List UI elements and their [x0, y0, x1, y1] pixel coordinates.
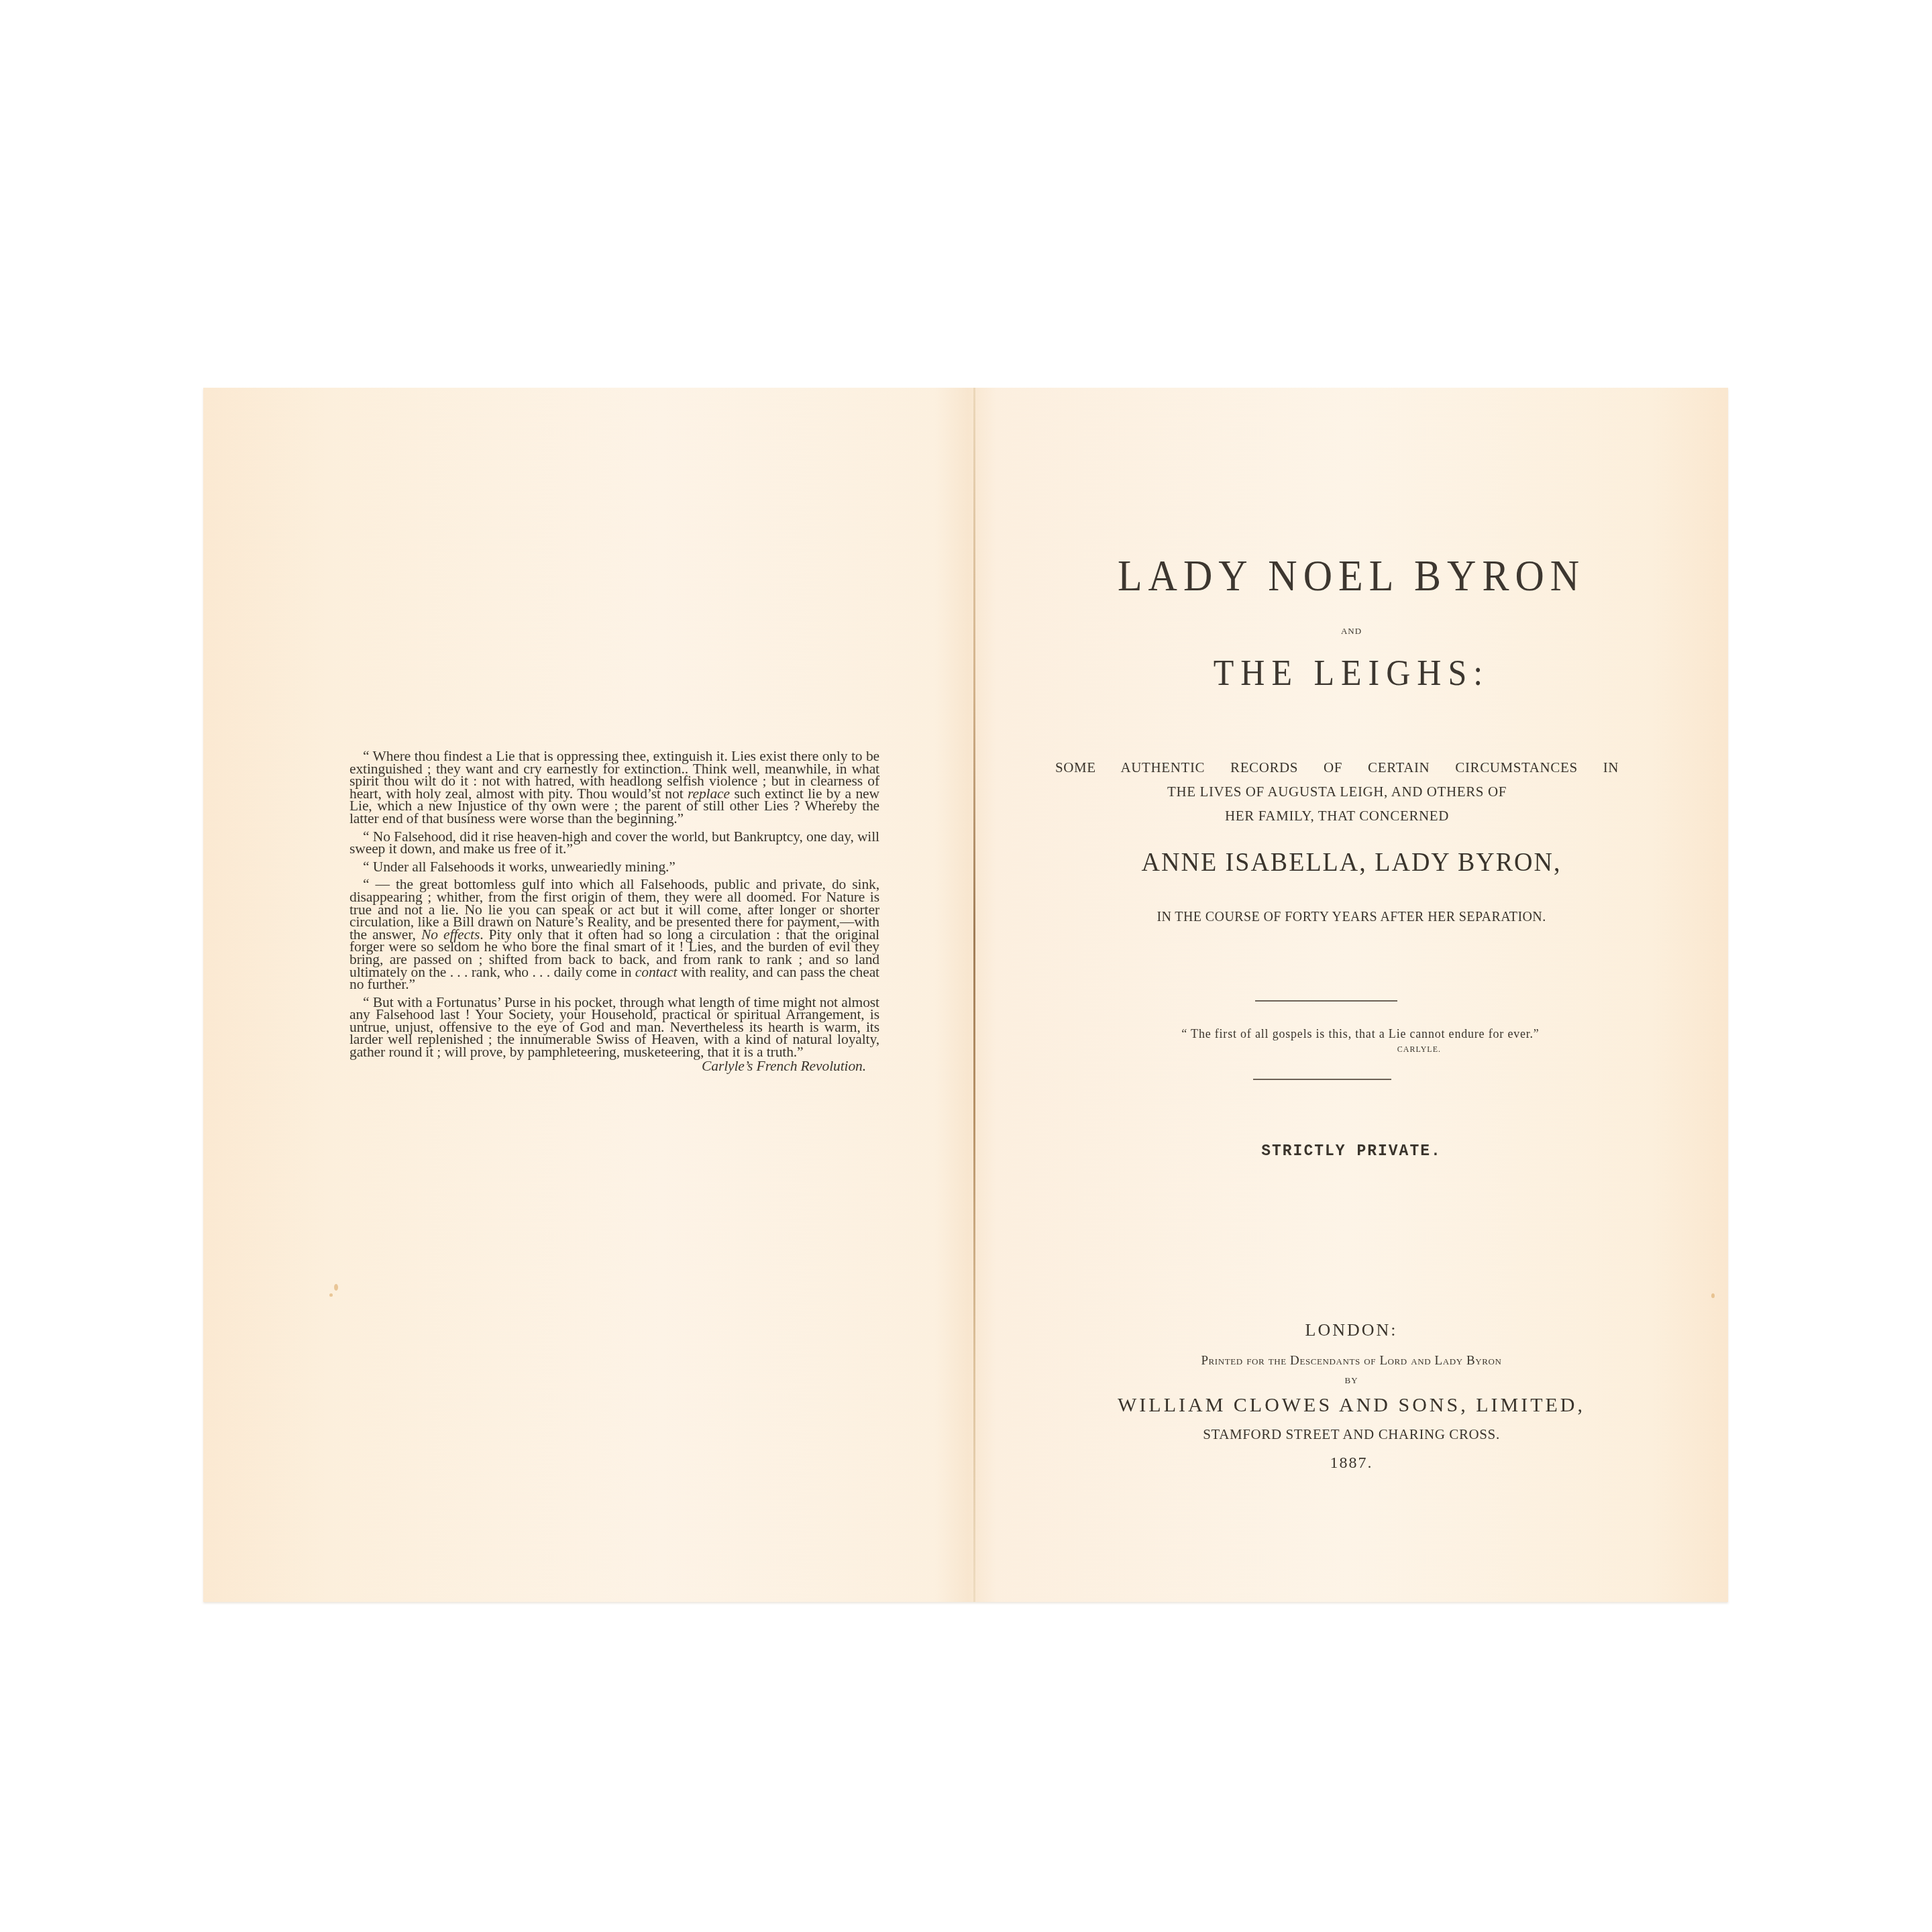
- imprint-printer: WILLIAM CLOWES AND SONS, LIMITED,: [975, 1394, 1728, 1417]
- subject-name: ANNE ISABELLA, LADY BYRON,: [975, 847, 1728, 877]
- book-subtitle: SOME AUTHENTIC RECORDS OF CERTAIN CIRCUM…: [1055, 755, 1619, 828]
- subtitle-line-1: SOME AUTHENTIC RECORDS OF CERTAIN CIRCUM…: [1055, 755, 1619, 780]
- epigraph-paragraph-2: “ No Falsehood, did it rise heaven-high …: [350, 830, 879, 855]
- epigraph-paragraph-3: “ Under all Falsehoods it works, unweari…: [350, 861, 879, 873]
- imprint-year: 1887.: [975, 1454, 1728, 1472]
- title-page: LADY NOEL BYRON AND THE LEIGHS: SOME AUT…: [975, 388, 1728, 1602]
- subtitle-period: IN THE COURSE OF FORTY YEARS AFTER HER S…: [975, 910, 1728, 925]
- title-conjunction: AND: [975, 626, 1728, 637]
- book-spread: “ Where thou findest a Lie that is oppre…: [203, 388, 1728, 1602]
- divider-rule-bottom: [1253, 1079, 1391, 1080]
- epigraph-source: Carlyle’s French Revolution.: [350, 1060, 879, 1073]
- epigraph-paragraph-1: “ Where thou findest a Lie that is oppre…: [350, 750, 879, 825]
- private-notice: STRICTLY PRIVATE.: [975, 1142, 1728, 1160]
- imprint-address: STAMFORD STREET AND CHARING CROSS.: [975, 1426, 1728, 1443]
- imprint-by: BY: [975, 1375, 1728, 1386]
- motto-text: “ The first of all gospels is this, that…: [1181, 1027, 1539, 1040]
- foxing-spot: [334, 1284, 338, 1291]
- divider-rule-top: [1255, 1000, 1397, 1002]
- motto: “ The first of all gospels is this, that…: [1129, 1025, 1592, 1056]
- epigraph-paragraph-4: “ — the great bottomless gulf into which…: [350, 878, 879, 990]
- book-title-second: THE LEIGHS:: [975, 655, 1728, 691]
- imprint-city: LONDON:: [975, 1320, 1728, 1340]
- motto-attribution: CARLYLE.: [1129, 1042, 1592, 1056]
- book-title: LADY NOEL BYRON: [975, 554, 1728, 598]
- subtitle-line-3: HER FAMILY, THAT CONCERNED: [1055, 804, 1619, 828]
- imprint-printed-for: Printed for the Descendants of Lord and …: [975, 1354, 1728, 1368]
- foxing-spot: [1711, 1293, 1715, 1298]
- subtitle-line-2: THE LIVES OF AUGUSTA LEIGH, AND OTHERS O…: [1055, 780, 1619, 804]
- epigraph-paragraph-5: “ But with a Fortunatus’ Purse in his po…: [350, 996, 879, 1059]
- left-page: “ Where thou findest a Lie that is oppre…: [203, 388, 973, 1602]
- epigraph-block: “ Where thou findest a Lie that is oppre…: [350, 750, 879, 1072]
- foxing-spot: [329, 1293, 333, 1297]
